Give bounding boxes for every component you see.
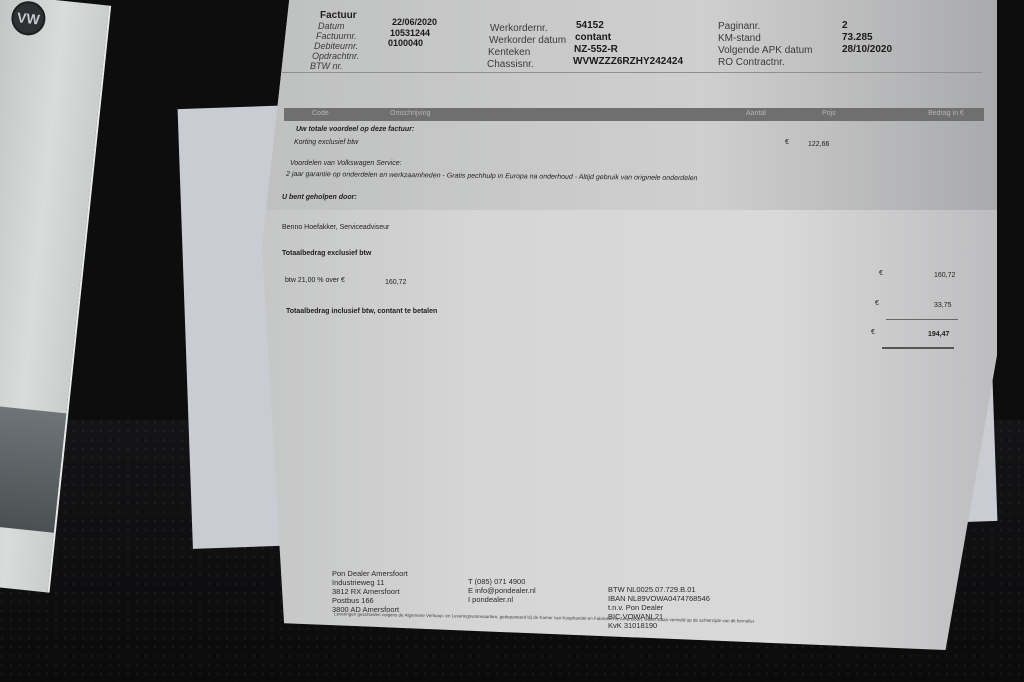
vat-value: 33,75 <box>934 302 952 309</box>
value-werkordernr: 54152 <box>576 20 604 31</box>
address-line: Industrieweg 11 <box>332 578 408 587</box>
bank-line: BTW NL0025.07.729.B.01 <box>608 585 710 594</box>
invoice-title: Factuur <box>320 10 357 21</box>
label-opdrachtnr: Opdrachtnr. <box>312 51 359 61</box>
label-km-stand: KM-stand <box>718 33 761 44</box>
total-excl-value: 160,72 <box>934 272 955 279</box>
advantage-title: Uw totale voordeel op deze factuur: <box>296 126 414 133</box>
col-code: Code <box>312 110 329 117</box>
value-factuurnr: 10531244 <box>390 28 430 38</box>
label-datum: Datum <box>318 21 345 31</box>
value-chassisnr: WVWZZZ6RZHY242424 <box>573 56 683 67</box>
label-paginanr: Paginanr. <box>718 21 760 32</box>
value-debiteurnr: 0100040 <box>388 38 423 48</box>
table-header: Code Omschrijving Aantal Prijs Bedrag in… <box>284 108 984 121</box>
bank-line: t.n.v. Pon Dealer <box>608 603 710 612</box>
vw-service-title: Voordelen van Volkswagen Service: <box>290 160 402 167</box>
value-kenteken: NZ-552-R <box>574 44 618 55</box>
address-line: Pon Dealer Amersfoort <box>332 569 408 578</box>
label-debiteurnr: Debiteurnr. <box>314 41 358 51</box>
discount-value: 122,66 <box>808 141 829 148</box>
label-chassisnr: Chassisnr. <box>487 59 534 70</box>
vat-base: 160,72 <box>385 279 406 286</box>
value-datum: 22/06/2020 <box>392 17 437 27</box>
value-km-stand: 73.285 <box>842 32 873 43</box>
booklet-strip <box>0 398 66 533</box>
bank-line: IBAN NL89VOWA0474768546 <box>608 594 710 603</box>
vat-label: btw 21,00 % over € <box>285 277 345 284</box>
label-werkordernr: Werkordernr. <box>490 23 548 34</box>
col-prijs: Prijs <box>822 110 836 117</box>
footer-address: Pon Dealer Amersfoort Industrieweg 11 38… <box>332 569 408 614</box>
footer-bank: BTW NL0025.07.729.B.01 IBAN NL89VOWA0474… <box>608 585 710 630</box>
vw-logo-icon: VW <box>10 0 47 37</box>
footer-contact: T (085) 071 4900 E info@pondealer.nl I p… <box>468 577 536 604</box>
address-line: Postbus 166 <box>332 596 408 605</box>
vat-currency: € <box>875 300 879 307</box>
total-incl-currency: € <box>871 329 875 336</box>
invoice-document: Factuur Datum 22/06/2020 Factuurnr. 1053… <box>262 0 997 650</box>
label-factuurnr: Factuurnr. <box>316 31 357 41</box>
label-ro-contractnr: RO Contractnr. <box>718 57 785 68</box>
total-excl-currency: € <box>879 270 883 277</box>
value-apk-datum: 28/10/2020 <box>842 44 892 55</box>
subtotal-rule <box>886 319 958 320</box>
label-werkorder-datum: Werkorder datum <box>489 35 566 46</box>
col-aantal: Aantal <box>746 110 766 117</box>
contact-phone: T (085) 071 4900 <box>468 577 536 586</box>
col-bedrag: Bedrag in € <box>928 110 964 117</box>
advisor-name: Benno Hoefakker, Serviceadviseur <box>282 224 389 231</box>
label-apk-datum: Volgende APK datum <box>718 45 813 56</box>
total-excl-label: Totaalbedrag exclusief btw <box>282 250 371 257</box>
contact-website: I pondealer.nl <box>468 595 536 604</box>
label-btw-nr: BTW nr. <box>310 61 343 71</box>
discount-currency: € <box>785 139 789 146</box>
label-kenteken: Kenteken <box>488 47 530 58</box>
discount-label: Korting exclusief btw <box>294 139 358 146</box>
address-line: 3812 RX Amersfoort <box>332 587 408 596</box>
total-incl-label: Totaalbedrag inclusief btw, contant te b… <box>286 308 437 315</box>
total-double-rule <box>882 347 954 349</box>
contact-email: E info@pondealer.nl <box>468 586 536 595</box>
value-paginanr: 2 <box>842 20 848 31</box>
value-werkorder-datum: contant <box>575 32 611 43</box>
total-incl-value: 194,47 <box>928 331 949 338</box>
helped-by-label: U bent geholpen door: <box>282 194 357 201</box>
header-divider <box>282 72 982 73</box>
col-omschrijving: Omschrijving <box>390 110 430 117</box>
